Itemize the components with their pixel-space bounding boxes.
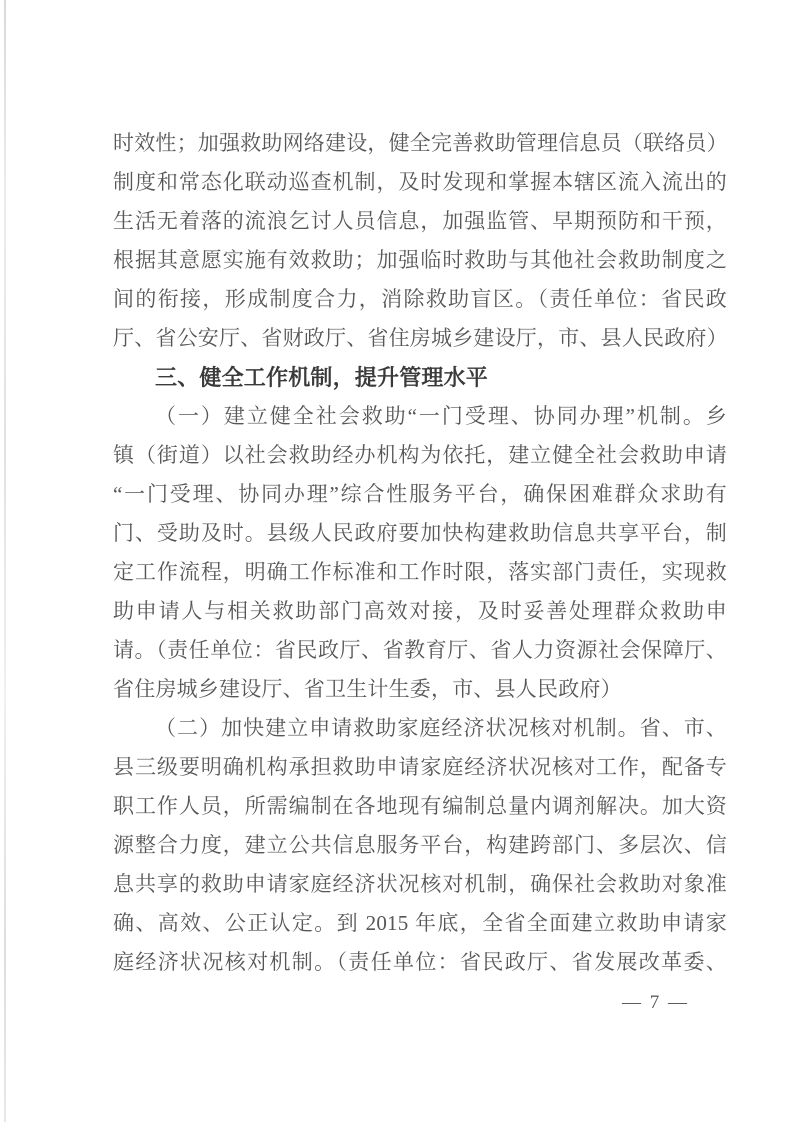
document-body: 时效性；加强救助网络建设，健全完善救助管理信息员（联络员）制度和常态化联动巡查机…: [113, 124, 727, 982]
page-number: — 7 —: [622, 992, 689, 1014]
scan-artifact-line: [4, 0, 6, 1122]
text-line: 镇（街道）以社会救助经办机构为依托，建立健全社会救助申请: [113, 436, 727, 475]
text-line: 源整合力度，建立公共信息服务平台，构建跨部门、多层次、信: [113, 826, 727, 865]
text-line: 助申请人与相关救助部门高效对接，及时妥善处理群众救助申: [113, 592, 727, 631]
text-line: 生活无着落的流浪乞讨人员信息，加强监管、早期预防和干预，: [113, 202, 727, 241]
text-line: “一门受理、协同办理”综合性服务平台，确保困难群众求助有: [113, 475, 727, 514]
text-line: 厅、省公安厅、省财政厅、省住房城乡建设厅，市、县人民政府）: [113, 319, 727, 358]
text-line: 庭经济状况核对机制。（责任单位：省民政厅、省发展改革委、: [113, 943, 727, 982]
text-line: 制度和常态化联动巡查机制，及时发现和掌握本辖区流入流出的: [113, 163, 727, 202]
document-page: 时效性；加强救助网络建设，健全完善救助管理信息员（联络员）制度和常态化联动巡查机…: [0, 0, 793, 1122]
text-line: 确、高效、公正认定。到 2015 年底，全省全面建立救助申请家: [113, 904, 727, 943]
text-line: 间的衔接，形成制度合力，消除救助盲区。（责任单位：省民政: [113, 280, 727, 319]
text-line: 请。（责任单位：省民政厅、省教育厅、省人力资源社会保障厅、: [113, 631, 727, 670]
text-line: 根据其意愿实施有效救助；加强临时救助与其他社会救助制度之: [113, 241, 727, 280]
text-line: 县三级要明确机构承担救助申请家庭经济状况核对工作，配备专: [113, 748, 727, 787]
text-line: 省住房城乡建设厅、省卫生计生委，市、县人民政府）: [113, 670, 727, 709]
text-line: 息共享的救助申请家庭经济状况核对机制，确保社会救助对象准: [113, 865, 727, 904]
section-heading: 三、健全工作机制，提升管理水平: [113, 358, 727, 397]
text-line: 职工作人员，所需编制在各地现有编制总量内调剂解决。加大资: [113, 787, 727, 826]
text-line: 门、受助及时。县级人民政府要加快构建救助信息共享平台，制: [113, 514, 727, 553]
text-line: （一）建立健全社会救助“一门受理、协同办理”机制。乡: [113, 397, 727, 436]
text-line: 时效性；加强救助网络建设，健全完善救助管理信息员（联络员）: [113, 124, 727, 163]
text-line: （二）加快建立申请救助家庭经济状况核对机制。省、市、: [113, 709, 727, 748]
text-line: 定工作流程，明确工作标准和工作时限，落实部门责任，实现救: [113, 553, 727, 592]
